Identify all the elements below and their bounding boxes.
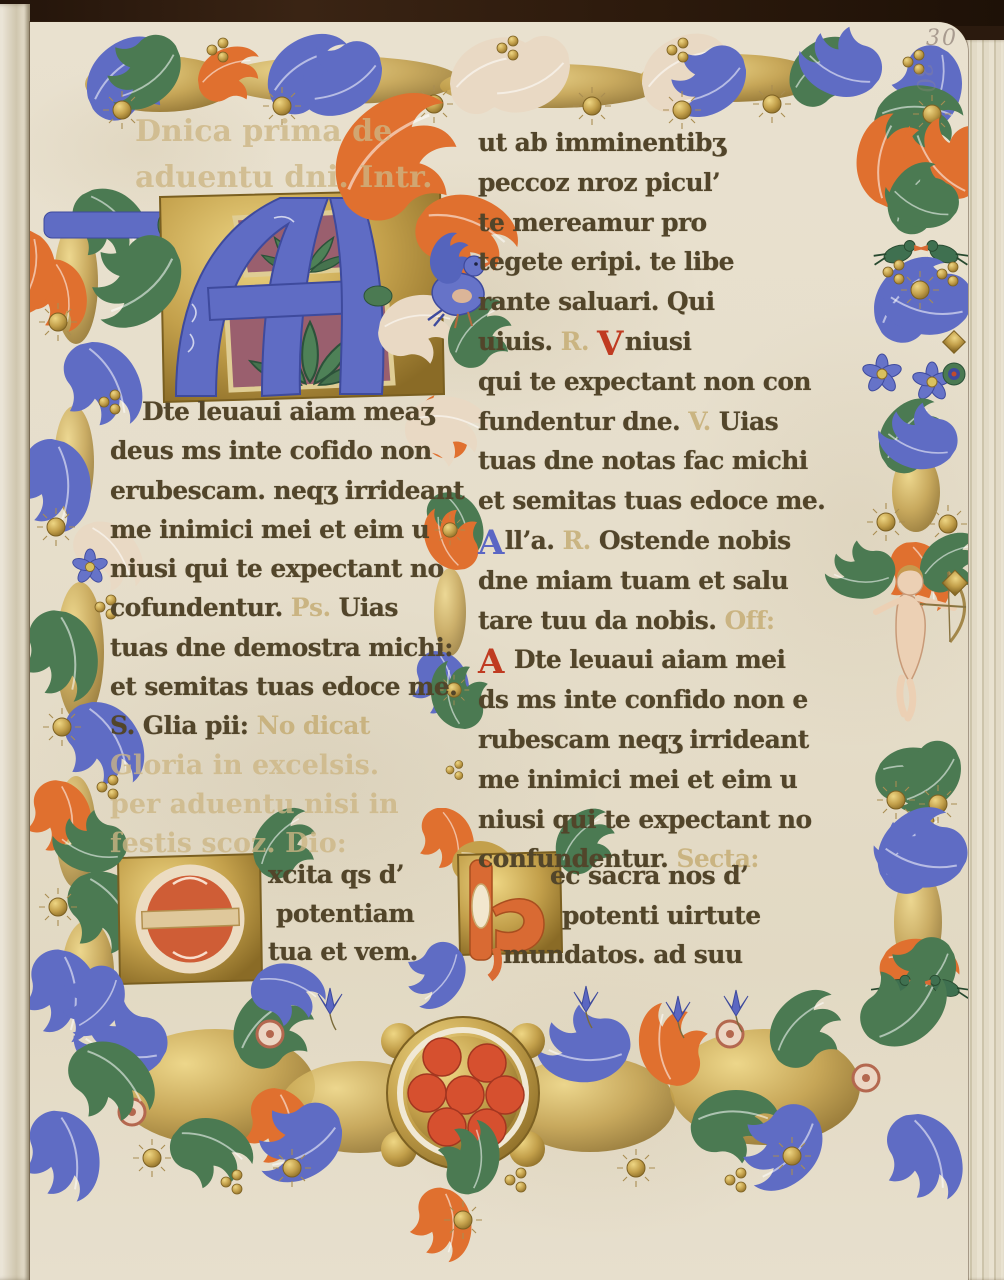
text-line: All’a. R. Ostende nobis [478,521,825,561]
manuscript-photo: Illuminated gradual leaf, First Sunday o… [0,0,1004,1280]
text-segment: V [597,324,625,364]
text-line: erubescam. neqʒ irrideant [110,471,464,510]
secret-text-block: ec sacra nos d’ potenti uirtute mundatos… [503,856,761,975]
text-segment: tare tuu da nobis. [478,606,724,635]
text-segment: Ostende nobis [599,526,791,555]
peacock-eye-icon [943,363,965,385]
text-segment: deus ms inte cofido non [110,436,432,465]
text-line: Gloria in excelsis. [110,746,464,785]
text-segment: niusi [625,327,691,356]
text-segment: Uias [719,407,778,436]
text-segment: fundentur dne. [478,407,688,436]
text-segment: Dte leuaui aiam meaʒ [142,397,434,426]
text-segment: dne miam tuam et salu [478,566,788,595]
text-line: rubescam neqʒ irrideant [478,720,825,760]
rubric-heading: Dnica prima de aduentu dni. Intr. [135,114,433,206]
text-line: Dte leuaui aiam meaʒ [110,392,464,431]
vellum-page: Illuminated gradual leaf, First Sunday o… [30,22,968,1280]
text-segment: peccoz nroz picul’ [478,168,720,197]
text-segment: qui te expectant non con [478,367,811,396]
text-segment: niusi qui te expectant no [478,805,812,834]
collect-text-block: xcita qs d’ potentiam tua et vem. [268,856,418,972]
text-segment: me inimici mei et eim u [110,515,429,544]
text-segment: tegete eripi. te libe [478,247,734,276]
text-line: rante saluari. Qui [478,282,825,322]
text-segment: ll’a. [505,526,563,555]
text-line: tegete eripi. te libe [478,242,825,282]
folio-number-ghost: 30 [908,61,941,96]
text-segment: uiuis. [478,327,561,356]
text-segment: per aduentu nisi in [110,789,399,820]
text-line: potenti uirtute [503,896,761,936]
text-segment: No dicat [256,711,369,740]
text-line: te mereamur pro [478,203,825,243]
text-line: et semitas tuas edoce me. [478,481,825,521]
text-segment: tuas dne notas fac michi [478,446,808,475]
text-line: niusi qui te expectant no [478,800,825,840]
text-line: ut ab imminentibʒ [478,123,825,163]
border-bottom: 2-3-2 [30,949,966,1266]
text-line: niusi qui te expectant no [110,549,464,588]
text-segment: S. Glia pii: [110,711,256,740]
text-line: et semitas tuas edoce me. [110,667,464,706]
text-segment: A [478,523,505,563]
text-segment: potentiam [276,899,414,928]
text-line: cofundentur. Ps. Uias [110,588,464,627]
book-gutter-edge [0,4,30,1280]
text-segment: ec sacra nos d’ [550,861,748,890]
text-segment: Dte leuaui aiam mei [506,645,786,674]
text-segment: xcita qs d’ [268,860,404,889]
text-segment: te mereamur pro [478,208,707,237]
text-line: ec sacra nos d’ [503,856,761,896]
text-segment: festis scoz. Dio: [110,828,347,859]
text-line: potentiam [268,895,418,934]
text-line: S. Glia pii: No dicat [110,706,464,745]
text-line: tua et vem. [268,933,418,972]
text-line: uiuis. R. Vniusi [478,322,825,362]
text-segment: erubescam. neqʒ irrideant [110,476,464,505]
text-segment: aduentu dni. Intr. [135,160,433,195]
text-line: ds ms inte confido non e [478,680,825,720]
text-segment: ds ms inte confido non e [478,685,808,714]
text-segment: tua et vem. [268,937,418,966]
text-segment: A [478,642,506,682]
text-segment: Ps. [291,593,339,622]
text-segment: tuas dne demostra michi: [110,633,453,662]
heading-line: aduentu dni. Intr. [135,160,433,206]
heading-line: Dnica prima de [135,114,433,160]
page-fore-edge [965,40,1004,1280]
text-segment: V. [688,407,719,436]
text-segment: et semitas tuas edoce me. [110,672,457,701]
text-segment: cofundentur. [110,593,291,622]
text-segment: Gloria in excelsis. [110,750,379,781]
text-line: per aduentu nisi in [110,785,464,824]
text-line: qui te expectant non con [478,362,825,402]
border-right: Illuminated gradual leaf, First Sunday o… [820,103,968,1020]
text-line: me inimici mei et eim u [110,510,464,549]
text-segment: niusi qui te expectant no [110,554,444,583]
text-line: dne miam tuam et salu [478,561,825,601]
text-segment: potenti uirtute [562,901,761,930]
left-text-column: Dte leuaui aiam meaʒ deus ms inte cofido… [110,392,464,864]
text-line: tuas dne notas fac michi [478,441,825,481]
text-line: mundatos. ad suu [503,935,761,975]
text-segment: mundatos. ad suu [503,940,742,969]
text-line: xcita qs d’ [268,856,418,895]
text-segment: et semitas tuas edoce me. [478,486,825,515]
text-segment: ut ab imminentibʒ [478,128,726,157]
text-segment: R. [561,327,597,356]
text-line: A Dte leuaui aiam mei [478,640,825,680]
text-line: deus ms inte cofido non [110,431,464,470]
right-text-column: ut ab imminentibʒ peccoz nroz picul’ te … [478,123,825,879]
text-segment: rante saluari. Qui [478,287,715,316]
text-line: tare tuu da nobis. Off: [478,601,825,641]
text-segment: Uias [339,593,398,622]
text-line: me inimici mei et eim u [478,760,825,800]
text-line: tuas dne demostra michi: [110,628,464,667]
text-segment: rubescam neqʒ irrideant [478,725,809,754]
folio-number: 30 [926,26,958,51]
text-segment: me inimici mei et eim u [478,765,797,794]
text-line: fundentur dne. V. Uias [478,402,825,442]
text-segment: R. [563,526,599,555]
text-segment: Dnica prima de [135,114,392,149]
text-line: peccoz nroz picul’ [478,163,825,203]
text-segment: Off: [724,606,774,635]
